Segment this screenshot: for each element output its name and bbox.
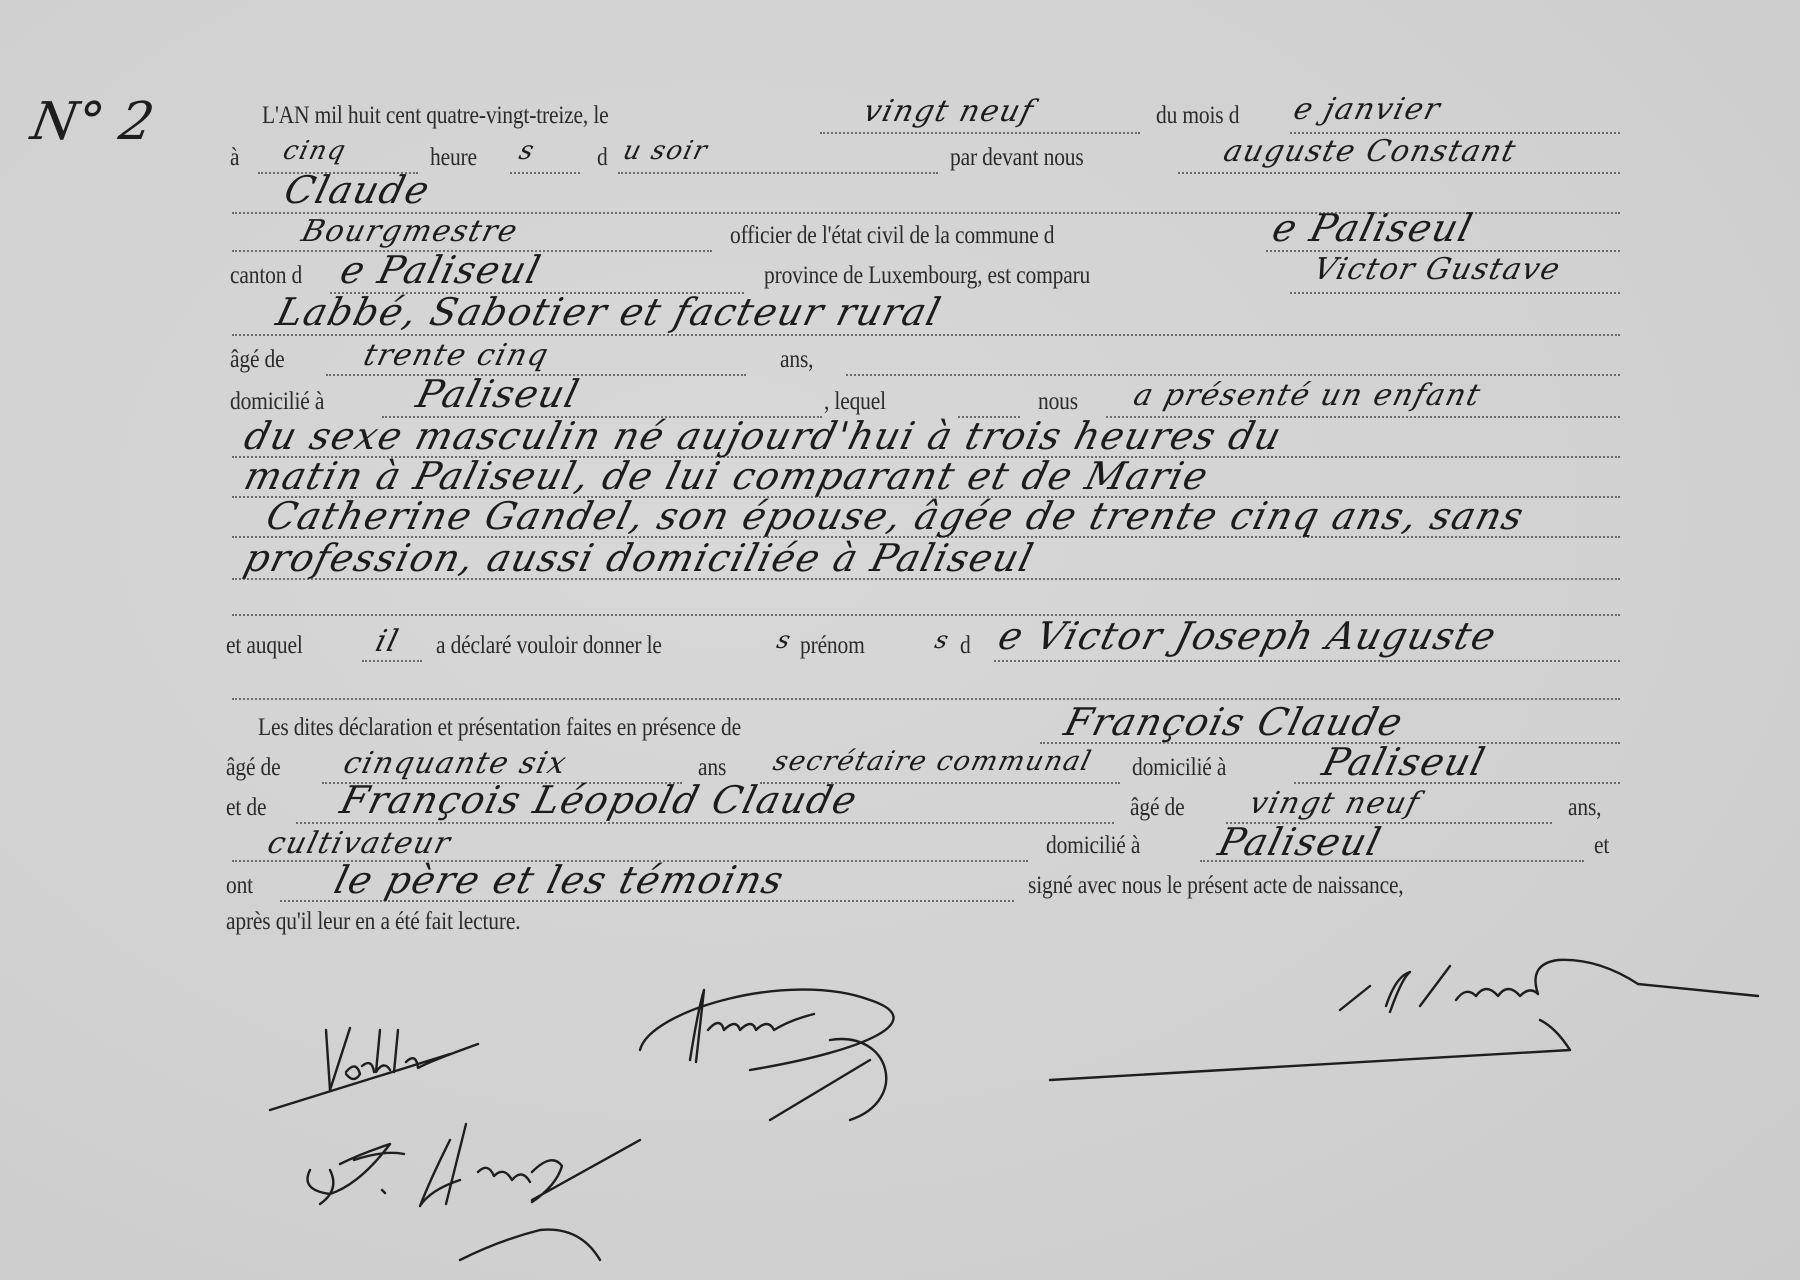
handwritten-plural: s xyxy=(932,626,953,654)
handwritten-declarant-residence: Paliseul xyxy=(412,372,584,416)
fill-line xyxy=(1178,172,1620,174)
signature-officer-strokes xyxy=(1040,940,1760,1110)
handwritten-hour: cinq xyxy=(280,136,350,166)
handwritten-officer-surname: Claude xyxy=(280,168,435,212)
printed-text: domicilié à xyxy=(1132,754,1226,782)
handwritten-witness-2-age: vingt neuf xyxy=(1246,786,1424,821)
printed-text: ans, xyxy=(780,346,813,374)
fill-line xyxy=(232,334,1620,336)
printed-text: a déclaré vouloir donner le xyxy=(436,632,662,660)
handwritten-month: e janvier xyxy=(1290,92,1445,127)
printed-text: signé avec nous le présent acte de naiss… xyxy=(1028,872,1404,900)
printed-text: après qu'il leur en a été fait lecture. xyxy=(226,908,520,936)
entry-number-value: 2 xyxy=(115,92,159,152)
handwritten-officer-title: Bourgmestre xyxy=(298,214,522,249)
fill-line xyxy=(846,374,1620,376)
printed-text: du mois d xyxy=(1156,102,1239,130)
printed-text: canton d xyxy=(230,262,302,290)
handwritten-time-of-day: u soir xyxy=(620,136,711,166)
printed-text: âgé de xyxy=(230,346,284,374)
printed-text: ont xyxy=(226,872,253,900)
printed-text: , lequel xyxy=(824,388,886,416)
printed-text: âgé de xyxy=(1130,794,1184,822)
handwritten-plural: s xyxy=(774,626,795,654)
handwritten-witness-1-age: cinquante six xyxy=(340,746,571,781)
entry-number: N° 2 xyxy=(27,92,159,152)
printed-text: d xyxy=(960,632,971,660)
fill-line xyxy=(362,660,422,662)
handwritten-presentation: a présenté un enfant xyxy=(1130,378,1485,413)
fill-line xyxy=(1290,292,1620,294)
fill-line xyxy=(232,698,1620,700)
handwritten-declarant-firstname: Victor Gustave xyxy=(1310,252,1565,287)
printed-text: prénom xyxy=(800,632,865,660)
handwritten-witness-2-name: François Léopold Claude xyxy=(336,778,863,822)
printed-text: L'AN mil huit cent quatre-vingt-treize, … xyxy=(262,102,608,130)
handwritten-child-names: e Victor Joseph Auguste xyxy=(994,614,1502,658)
handwritten-pronoun: il xyxy=(372,624,403,659)
fill-line xyxy=(618,172,938,174)
handwritten-commune: e Paliseul xyxy=(1268,206,1478,250)
handwritten-declarant-surname-occupation: Labbé, Sabotier et facteur rural xyxy=(272,290,946,334)
printed-text: nous xyxy=(1038,388,1078,416)
printed-text: ans, xyxy=(1568,794,1601,822)
printed-text: domicilié à xyxy=(230,388,324,416)
handwritten-witness-1-name: François Claude xyxy=(1060,700,1408,744)
printed-text: d xyxy=(597,144,608,172)
printed-text: Les dites déclaration et présentation fa… xyxy=(258,714,741,742)
handwritten-birthplace-mother: matin à Paliseul, de lui comparant et de… xyxy=(240,454,1214,498)
handwritten-officer-name: auguste Constant xyxy=(1220,134,1520,169)
printed-text: âgé de xyxy=(226,754,280,782)
handwritten-plural: s xyxy=(516,136,538,166)
printed-text: et xyxy=(1594,832,1609,860)
printed-text: et auquel xyxy=(226,632,303,660)
printed-text: heure xyxy=(430,144,477,172)
printed-text: à xyxy=(230,144,239,172)
handwritten-child-sex-birth: du sexe masculin né aujourd'hui à trois … xyxy=(240,414,1287,458)
entry-number-label: N° xyxy=(27,92,109,152)
handwritten-canton: e Paliseul xyxy=(336,248,546,292)
fill-line xyxy=(994,660,1620,662)
signature-witness-2-strokes xyxy=(300,1110,720,1280)
printed-text: officier de l'état civil de la commune d xyxy=(730,222,1054,250)
handwritten-signatories: le père et les témoins xyxy=(330,858,789,902)
handwritten-day: vingt neuf xyxy=(860,94,1038,129)
handwritten-mother-residence: profession, aussi domiciliée à Paliseul xyxy=(240,536,1039,580)
printed-text: et de xyxy=(226,794,266,822)
handwritten-declarant-age: trente cinq xyxy=(360,338,553,373)
fill-line xyxy=(296,822,1114,824)
printed-text: par devant nous xyxy=(950,144,1084,172)
printed-text: province de Luxembourg, est comparu xyxy=(764,262,1090,290)
handwritten-mother-details: Catherine Gandel, son épouse, âgée de tr… xyxy=(262,494,1529,538)
handwritten-witness-2-residence: Paliseul xyxy=(1214,820,1386,864)
handwritten-witness-1-occupation: secrétaire communal xyxy=(770,746,1095,777)
handwritten-witness-1-residence: Paliseul xyxy=(1318,740,1490,784)
printed-text: domicilié à xyxy=(1046,832,1140,860)
fill-line xyxy=(510,172,580,174)
handwritten-witness-2-occupation: cultivateur xyxy=(264,826,455,861)
fill-line xyxy=(820,132,1140,134)
birth-certificate-page: N° 2 L'AN mil huit cent quatre-vingt-tre… xyxy=(0,0,1800,1280)
